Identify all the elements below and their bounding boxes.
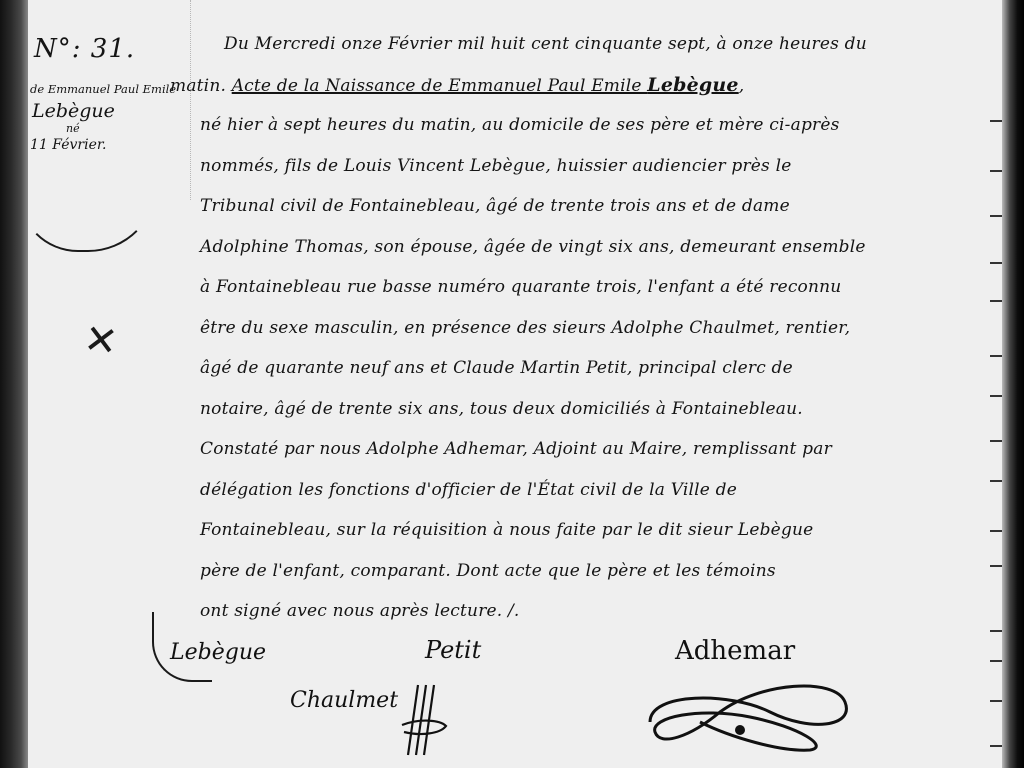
paraph-flourish-icon (400, 680, 450, 760)
cross-mark-icon: ✕ (81, 316, 121, 366)
signature-witness-chaulmet: Chaulmet (290, 688, 398, 713)
act-line-1: Du Mercredi onze Février mil huit cent c… (200, 24, 980, 65)
act-line-15: ont signé avec nous après lecture. /. (200, 591, 980, 632)
signatures-block: Lebègue Petit Chaulmet Adhemar (150, 640, 850, 768)
margin-birth-date: 11 Février. (30, 137, 200, 153)
act-line-6: Adolphine Thomas, son épouse, âgée de vi… (200, 227, 980, 268)
act-line-4: nommés, fils de Louis Vincent Lebègue, h… (200, 146, 980, 187)
headline-post: , (739, 76, 745, 96)
headline-pre: matin. (170, 76, 232, 96)
act-line-5: Tribunal civil de Fontainebleau, âgé de … (200, 186, 980, 227)
act-line-11: Constaté par nous Adolphe Adhemar, Adjoi… (200, 429, 980, 470)
margin-birth-label: né (66, 122, 200, 135)
book-binding-left (0, 0, 28, 768)
act-line-3: né hier à sept heures du matin, au domic… (200, 105, 980, 146)
act-line-12: délégation les fonctions d'officier de l… (200, 470, 980, 511)
act-line-14: père de l'enfant, comparant. Dont acte q… (200, 551, 980, 592)
headline-title: Acte de la Naissance de Emmanuel Paul Em… (232, 76, 648, 96)
act-line-10: notaire, âgé de trente six ans, tous deu… (200, 389, 980, 430)
book-binding-right (1002, 0, 1024, 768)
headline-surname: Lebègue (647, 74, 738, 96)
act-line-2-headline: matin. Acte de la Naissance de Emmanuel … (170, 65, 980, 106)
act-line-9: âgé de quarante neuf ans et Claude Marti… (200, 348, 980, 389)
signature-witness-petit: Petit (425, 636, 481, 664)
act-number: N°: 31. (34, 34, 200, 64)
document-page: N°: 31. de Emmanuel Paul Emile Lebègue n… (0, 0, 1024, 768)
act-line-13: Fontainebleau, sur la réquisition à nous… (200, 510, 980, 551)
officer-paraph-flourish-icon (640, 652, 860, 752)
act-line-7: à Fontainebleau rue basse numéro quarant… (200, 267, 980, 308)
act-line-8: être du sexe masculin, en présence des s… (200, 308, 980, 349)
margin-ruling-ticks (988, 0, 1002, 768)
signature-father: Lebègue (170, 640, 266, 665)
margin-bracket-flourish (18, 152, 158, 252)
act-body: Du Mercredi onze Février mil huit cent c… (200, 24, 980, 632)
